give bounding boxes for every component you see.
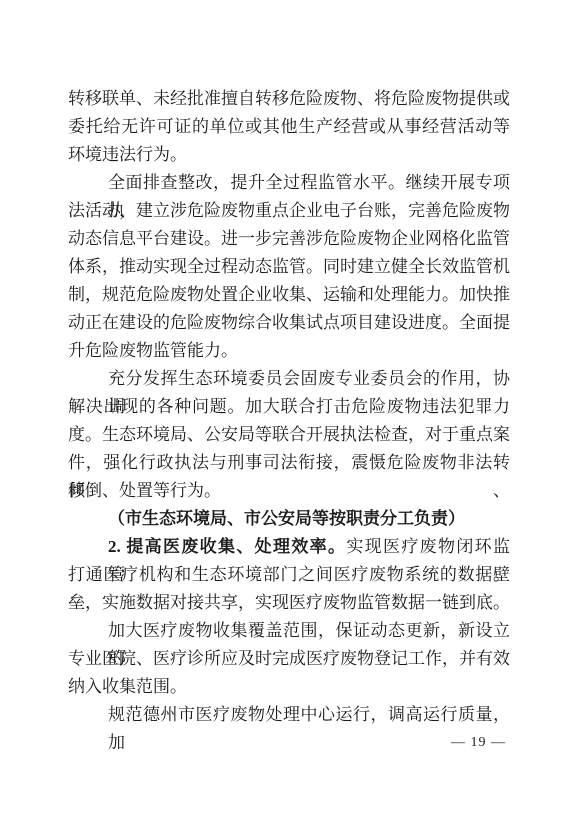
text-segment: 法活动，建立涉危险废物重点企业电子台账，完善危险废物: [68, 201, 510, 220]
text-segment: 倾倒、处置等行为。: [68, 481, 221, 500]
text-line: 解决出现的各种问题。加大联合打击危险废物违法犯罪力: [68, 393, 510, 421]
text-line: 动态信息平台建设。进一步完善涉危险废物企业网格化监管: [68, 225, 510, 253]
text-segment: 度。生态环境局、公安局等联合开展执法检查，对于重点案: [68, 425, 510, 444]
text-line: 委托给无许可证的单位或其他生产经营或从事经营活动等: [68, 113, 510, 141]
text-line: 规范德州市医疗废物处理中心运行，调高运行质量，加: [68, 701, 510, 729]
text-segment: （市生态环境局、市公安局等按职责分工负责）: [108, 509, 465, 528]
text-line: 法活动，建立涉危险废物重点企业电子台账，完善危险废物: [68, 197, 510, 225]
text-line: 动正在建设的危险废物综合收集试点项目建设进度。全面提: [68, 309, 510, 337]
text-segment: 2. 提高医废收集、处理效率。: [108, 537, 346, 556]
text-segment: 解决出现的各种问题。加大联合打击危险废物违法犯罪力: [68, 397, 510, 416]
text-segment: 纳入收集范围。: [68, 677, 187, 696]
text-line: 体系，推动实现全过程动态监管。同时建立健全长效监管机: [68, 253, 510, 281]
text-line: 加大医疗废物收集覆盖范围，保证动态更新，新设立的: [68, 617, 510, 645]
text-line: 充分发挥生态环境委员会固废专业委员会的作用，协调: [68, 365, 510, 393]
text-line: 环境违法行为。: [68, 141, 510, 169]
text-segment: 环境违法行为。: [68, 145, 187, 164]
text-segment: 动态信息平台建设。进一步完善涉危险废物企业网格化监管: [68, 229, 510, 248]
text-line: 升危险废物监管能力。: [68, 337, 510, 365]
page-number: — 19 —: [451, 733, 506, 753]
text-line: 专业医院、医疗诊所应及时完成医疗废物登记工作，并有效: [68, 645, 510, 673]
text-line: 纳入收集范围。: [68, 673, 510, 701]
text-line: 垒，实施数据对接共享，实现医疗废物监管数据一链到底。: [68, 589, 510, 617]
body-text-block: 转移联单、未经批准擅自转移危险废物、将危险废物提供或委托给无许可证的单位或其他生…: [68, 85, 510, 729]
text-line: 制，规范危险废物处置企业收集、运输和处理能力。加快推: [68, 281, 510, 309]
text-segment: 体系，推动实现全过程动态监管。同时建立健全长效监管机: [68, 257, 510, 276]
document-page: 转移联单、未经批准擅自转移危险废物、将危险废物提供或委托给无许可证的单位或其他生…: [0, 0, 578, 818]
text-segment: 垒，实施数据对接共享，实现医疗废物监管数据一链到底。: [68, 593, 510, 612]
text-line: 打通医疗机构和生态环境部门之间医疗废物系统的数据壁: [68, 561, 510, 589]
text-segment: 专业医院、医疗诊所应及时完成医疗废物登记工作，并有效: [68, 649, 510, 668]
text-segment: 打通医疗机构和生态环境部门之间医疗废物系统的数据壁: [68, 565, 510, 584]
text-segment: 制，规范危险废物处置企业收集、运输和处理能力。加快推: [68, 285, 510, 304]
text-line: 2. 提高医废收集、处理效率。实现医疗废物闭环监管。: [68, 533, 510, 561]
text-segment: 动正在建设的危险废物综合收集试点项目建设进度。全面提: [68, 313, 510, 332]
text-segment: 转移联单、未经批准擅自转移危险废物、将危险废物提供或: [68, 89, 510, 108]
text-segment: 规范德州市医疗废物处理中心运行，调高运行质量，加: [108, 705, 510, 752]
text-line: 度。生态环境局、公安局等联合开展执法检查，对于重点案: [68, 421, 510, 449]
text-line: 全面排查整改，提升全过程监管水平。继续开展专项执: [68, 169, 510, 197]
text-line: 转移联单、未经批准擅自转移危险废物、将危险废物提供或: [68, 85, 510, 113]
text-segment: 升危险废物监管能力。: [68, 341, 238, 360]
text-line: （市生态环境局、市公安局等按职责分工负责）: [68, 505, 510, 533]
text-line: 件，强化行政执法与刑事司法衔接，震慑危险废物非法转移、: [68, 449, 510, 477]
text-segment: 委托给无许可证的单位或其他生产经营或从事经营活动等: [68, 117, 510, 136]
